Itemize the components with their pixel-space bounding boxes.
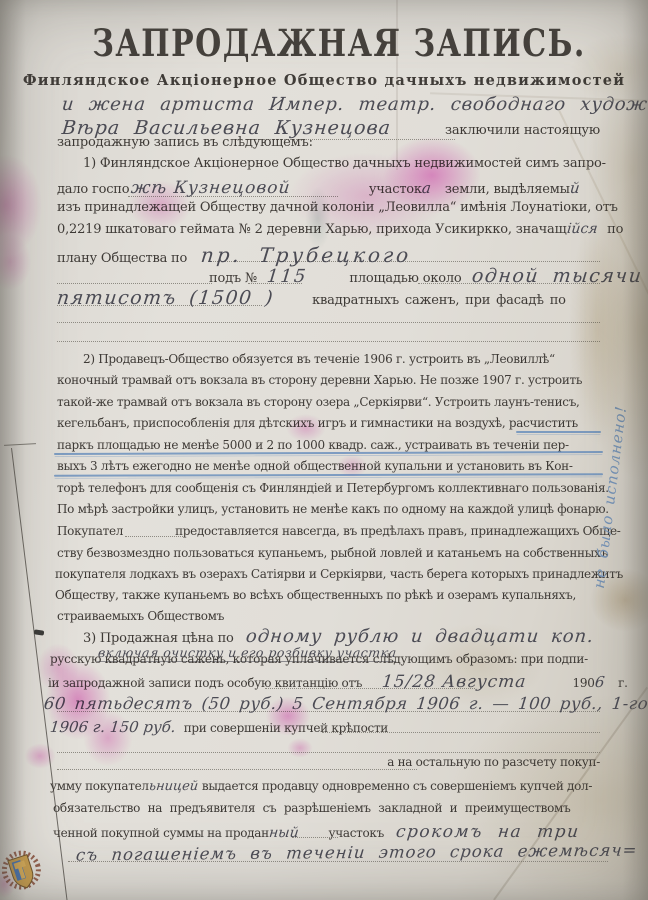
clause1-line3: изъ принадлежащей Обществу дачной колоні… (57, 200, 618, 215)
clause2-line2: коночный трамвай отъ вокзала въ сторону … (57, 373, 582, 387)
closing-line1: а на остальную по разсчету покуп- (57, 755, 600, 769)
printed-intro-line: запродажную запись въ слѣдующемъ: (57, 135, 313, 150)
handwritten-date: 15/28 Августа (381, 672, 528, 692)
handwritten-street-name: пр. Трубецкого (200, 243, 413, 267)
closing-line3: обязательство на предъявителя съ разрѣше… (53, 801, 570, 815)
clause3-line3-printed-a: іи запродажной записи подъ особую квитан… (48, 676, 362, 690)
clause2-line3: такой-же трамвай отъ вокзала въ сторону … (57, 395, 580, 409)
clause2-line7: торѣ телефонъ для сообщенія съ Финляндіе… (57, 481, 609, 495)
clause2-line9-printed-a: Покупател (57, 524, 123, 538)
handwritten-price-words: одному рублю и двадцати коп. (245, 626, 595, 647)
handwritten-closing-line: съ погашеніемъ въ теченіи этого срока еж… (75, 841, 638, 865)
handwritten-buyer-dative: жѣ Кузнецовой (130, 178, 292, 198)
clause3-line5-printed: при совершеніи купчей крѣпости (184, 721, 388, 735)
clause2-line5: паркъ площадью не менѣе 5000 и 2 по 1000… (57, 438, 569, 452)
clause1-line2-printed-a: дало госпо (57, 182, 129, 197)
clause2-line12: Обществу, также купаньемъ во всѣхъ общес… (55, 588, 576, 602)
clause3-line3-printed-c: г. (618, 676, 628, 690)
handwritten-ending-d: ный (268, 825, 299, 841)
blue-underline (516, 431, 601, 433)
handwritten-ending-c: ійся (566, 221, 598, 237)
clause1-line6-printed-b: площадью около (349, 271, 461, 286)
document-subtitle: Финляндское Акціонерное Общество дачныхъ… (0, 72, 648, 89)
handwritten-ending-b: й (569, 179, 581, 197)
clause1-line2-printed-b: участок (369, 182, 422, 197)
handwritten-party-line: и жена артиста Импер. театр. свободнаго … (61, 94, 648, 115)
clause3-line1-printed: 3) Продажная цѣна по (57, 631, 234, 646)
clause1-line5-printed: плану Общества по (57, 251, 187, 266)
handwritten-final-installment: 1906 г. 150 руб. (49, 718, 177, 736)
handwritten-margin-note: не было исполнено! (585, 365, 635, 629)
clause1-line1: 1) Финляндское Акціонерное Общество дачн… (57, 156, 606, 171)
handwritten-buyer-suffix: ьницей (148, 779, 199, 794)
closing-line4-printed-b: участокъ (328, 826, 383, 840)
clause1-line4-printed-a: 0,2219 шкатоваго геймата № 2 деревни Хар… (57, 222, 567, 237)
document-content: ЗАПРОДАЖНАЯ ЗАПИСЬ. Финляндское Акціонер… (0, 0, 648, 900)
handwritten-term: срокомъ на три (395, 822, 581, 842)
closing-line4-printed-a: ченной покупной суммы на продан (53, 826, 269, 840)
clause2-line6: выхъ 3 лѣтъ ежегодно не менѣе одной обще… (57, 459, 573, 473)
clause1-line4-printed-b: по (607, 222, 623, 237)
clause1-line7-printed: квадратныхъ саженъ, при фасадѣ по (312, 293, 566, 308)
clause2-line8: По мѣрѣ застройки улицъ, установить не м… (57, 502, 609, 516)
handwritten-area-words-b: пятисотъ (1500 ) (56, 287, 275, 309)
clause2-line4: кегельбанъ, приспособленія для дѣтскихъ … (57, 416, 578, 430)
handwritten-year-digit: 6 (594, 673, 605, 691)
clause2-line1: 2) Продавецъ-Общество обязуется въ течен… (57, 352, 555, 366)
clause2-line13: страиваемыхъ Обществомъ (57, 609, 224, 623)
document-title: ЗАПРОДАЖНАЯ ЗАПИСЬ. (70, 22, 608, 66)
handwritten-installments: 60 пятьдесятъ (50 руб.) 5 Сентября 1906 … (43, 694, 648, 713)
clause1-line2-printed-c: земли, выдѣляемы (445, 182, 570, 197)
handwritten-area-words-a: одной тысячи (470, 265, 643, 287)
clause1-line6-printed-a: подъ № (209, 271, 257, 286)
closing-line2-printed-b: выдается продавцу одновременно съ соверш… (202, 779, 592, 793)
closing-line2-printed-a: умму покупател (50, 779, 149, 793)
clause3-line2: русскую квадратную сажень, которая уплач… (50, 652, 588, 666)
printed-concluded-text: заключили настоящую (445, 123, 600, 138)
handwritten-plot-number: 115 (266, 266, 309, 287)
handwritten-ending-a: а (421, 179, 432, 197)
clause3-line3-printed-b: 190 (573, 676, 595, 690)
clause2-line11: покупателя лодкахъ въ озерахъ Сатіярви и… (55, 567, 623, 581)
scanned-deed-document: ЗАПРОДАЖНАЯ ЗАПИСЬ. Финляндское Акціонер… (0, 0, 648, 900)
clause2-line10: ству безвозмездно пользоваться купаньемъ… (57, 546, 608, 560)
clause2-line9-printed-b: предоставляется навсегда, въ предѣлахъ п… (175, 524, 620, 538)
